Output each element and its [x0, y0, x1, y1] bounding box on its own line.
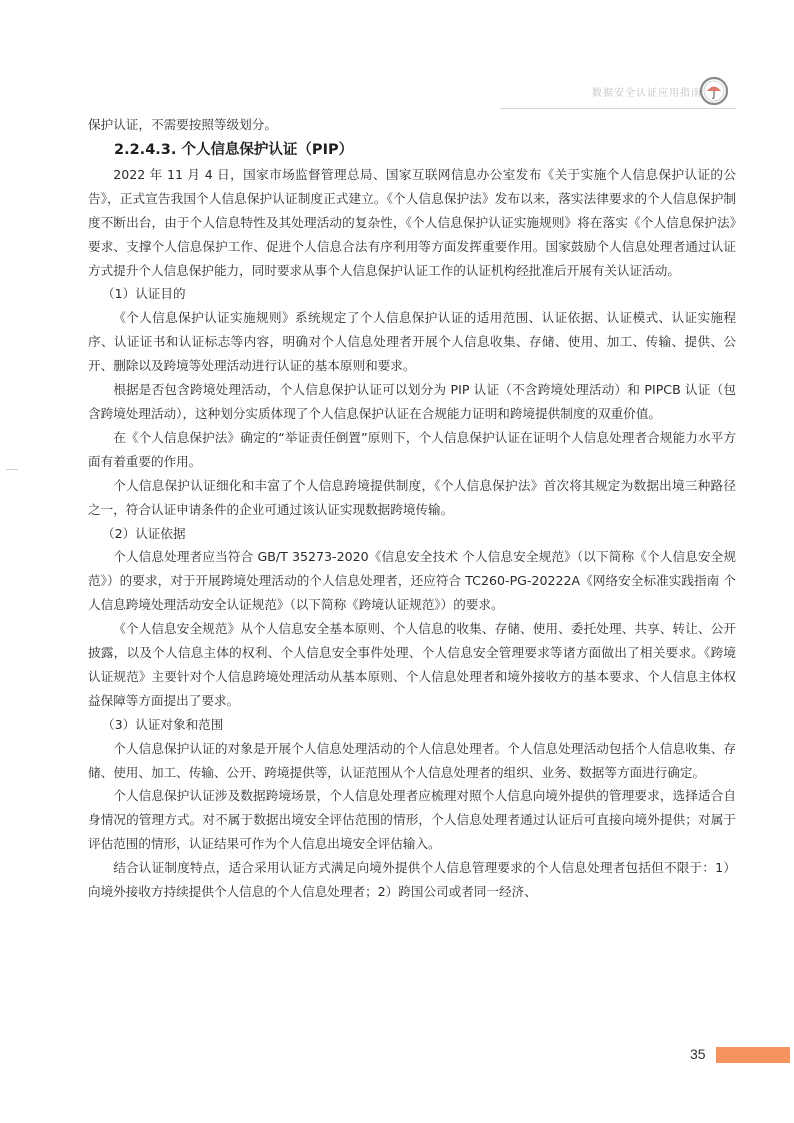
section-heading: 2.2.4.3. 个人信息保护认证（PIP）	[88, 137, 736, 163]
umbrella-emblem-icon	[699, 76, 729, 106]
paragraph: 个人信息保护认证细化和丰富了个人信息跨境提供制度，《个人信息保护法》首次将其规定…	[88, 474, 736, 522]
header-divider	[500, 108, 736, 109]
lead-line: 保护认证，不需要按照等级划分。	[88, 113, 736, 137]
subsection-1-title: （1）认证目的	[88, 282, 736, 306]
page-accent-bar	[716, 1047, 790, 1063]
document-body: 保护认证，不需要按照等级划分。 2.2.4.3. 个人信息保护认证（PIP） 2…	[88, 113, 736, 904]
running-title: 数据安全认证应用指南	[592, 84, 702, 99]
paragraph: 在《个人信息保护法》确定的“举证责任倒置”原则下，个人信息保护认证在证明个人信息…	[88, 426, 736, 474]
paragraph: 根据是否包含跨境处理活动，个人信息保护认证可以划分为 PIP 认证（不含跨境处理…	[88, 378, 736, 426]
intro-paragraph: 2022 年 11 月 4 日，国家市场监督管理总局、国家互联网信息办公室发布《…	[88, 163, 736, 283]
margin-mark	[6, 469, 18, 470]
paragraph: 《个人信息安全规范》从个人信息安全基本原则、个人信息的收集、存储、使用、委托处理…	[88, 617, 736, 713]
page-number: 35	[690, 1046, 706, 1062]
page-header: 数据安全认证应用指南	[0, 72, 794, 112]
paragraph: 结合认证制度特点，适合采用认证方式满足向境外提供个人信息管理要求的个人信息处理者…	[88, 856, 736, 904]
paragraph: 个人信息保护认证的对象是开展个人信息处理活动的个人信息处理者。个人信息处理活动包…	[88, 737, 736, 785]
paragraph: 《个人信息保护认证实施规则》系统规定了个人信息保护认证的适用范围、认证依据、认证…	[88, 306, 736, 378]
subsection-2-title: （2）认证依据	[88, 522, 736, 546]
subsection-3-title: （3）认证对象和范围	[88, 713, 736, 737]
paragraph: 个人信息保护认证涉及数据跨境场景，个人信息处理者应梳理对照个人信息向境外提供的管…	[88, 784, 736, 856]
paragraph: 个人信息处理者应当符合 GB/T 35273-2020《信息安全技术 个人信息安…	[88, 545, 736, 617]
